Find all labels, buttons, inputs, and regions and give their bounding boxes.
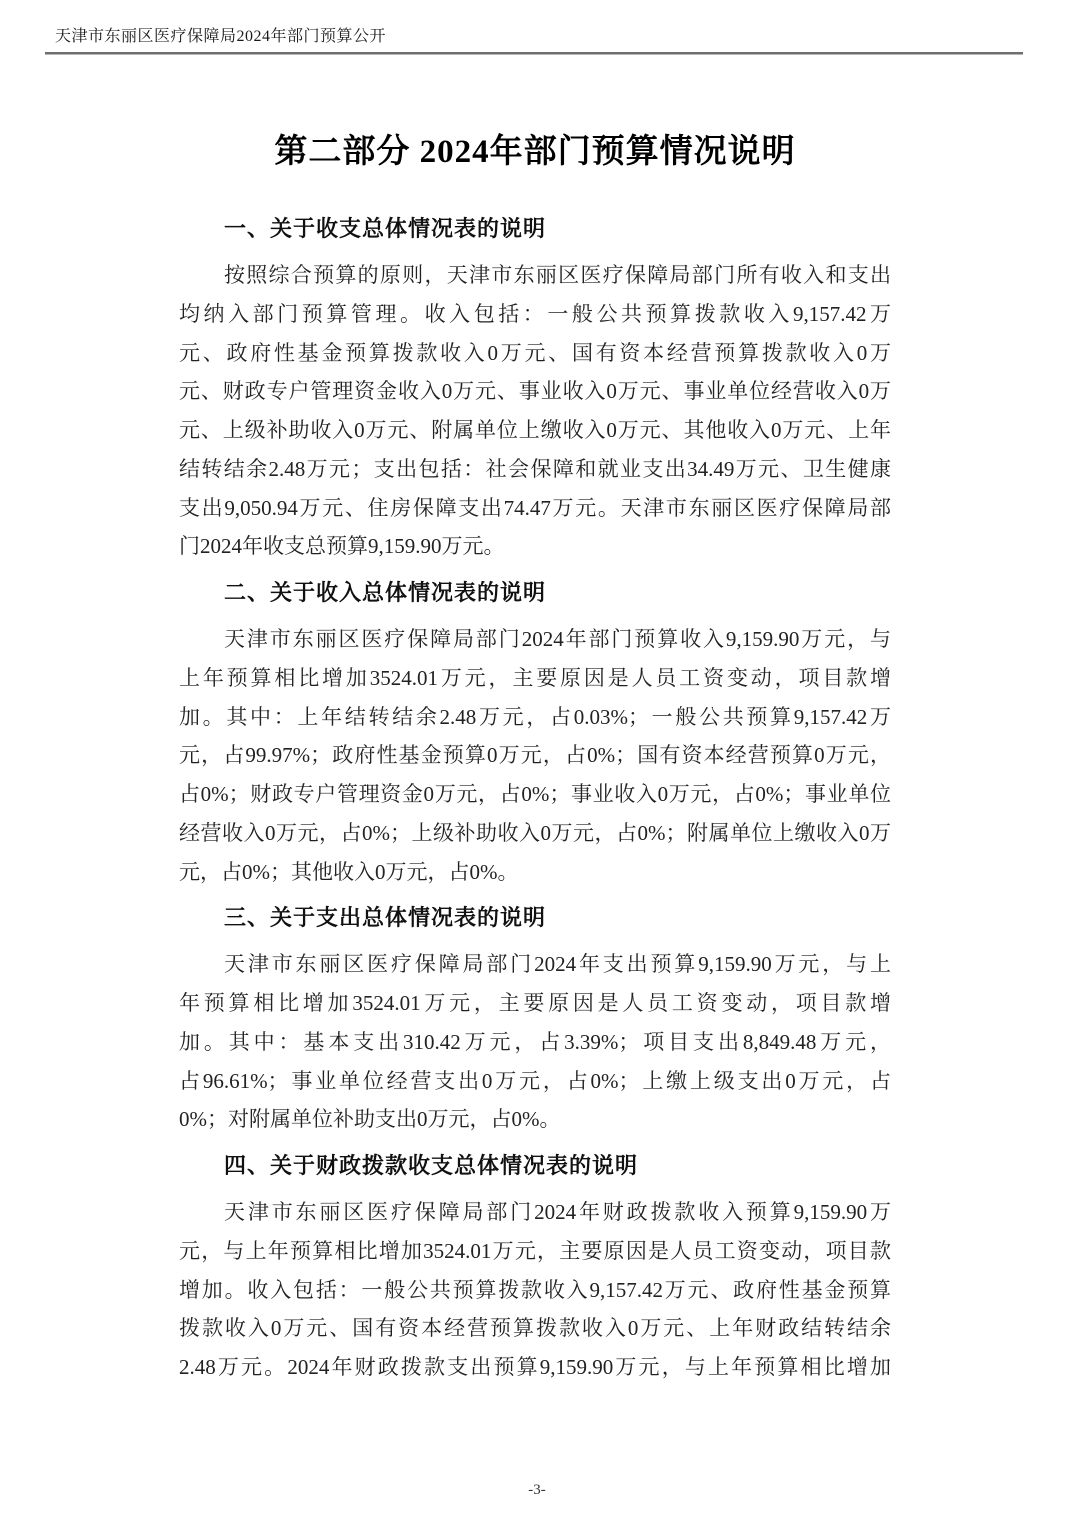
body-line: 均纳入部门预算管理。收入包括：一般公共预算拨款收入9,157.42万 — [179, 295, 891, 334]
body-line: 元，占0%；其他收入0万元，占0%。 — [179, 853, 891, 892]
section-2: 二、关于收入总体情况表的说明 天津市东丽区医疗保障局部门2024年部门预算收入9… — [179, 573, 891, 891]
body-line: 经营收入0万元，占0%；上级补助收入0万元，占0%；附属单位上缴收入0万 — [179, 814, 891, 853]
body-line: 元、上级补助收入0万元、附属单位上缴收入0万元、其他收入0万元、上年 — [179, 411, 891, 450]
section-heading: 二、关于收入总体情况表的说明 — [179, 573, 891, 613]
body-line: 加。其中：基本支出310.42万元，占3.39%；项目支出8,849.48万元， — [179, 1023, 891, 1062]
section-heading: 四、关于财政拨款收支总体情况表的说明 — [179, 1146, 891, 1186]
body-line: 天津市东丽区医疗保障局部门2024年部门预算收入9,159.90万元，与 — [179, 620, 891, 659]
header-rule — [45, 52, 1023, 55]
body-line: 上年预算相比增加3524.01万元，主要原因是人员工资变动，项目款增 — [179, 659, 891, 698]
section-4: 四、关于财政拨款收支总体情况表的说明 天津市东丽区医疗保障局部门2024年财政拨… — [179, 1146, 891, 1387]
body-line: 2.48万元。2024年财政拨款支出预算9,159.90万元，与上年预算相比增加 — [179, 1348, 891, 1387]
page: 天津市东丽区医疗保障局2024年部门预算公开 第二部分 2024年部门预算情况说… — [0, 0, 1074, 1520]
body-line: 增加。收入包括：一般公共预算拨款收入9,157.42万元、政府性基金预算 — [179, 1271, 891, 1310]
body-line: 元、政府性基金预算拨款收入0万元、国有资本经营预算拨款收入0万 — [179, 334, 891, 373]
body-line: 结转结余2.48万元；支出包括：社会保障和就业支出34.49万元、卫生健康 — [179, 450, 891, 489]
body-line: 天津市东丽区医疗保障局部门2024年财政拨款收入预算9,159.90万 — [179, 1193, 891, 1232]
body-line: 0%；对附属单位补助支出0万元，占0%。 — [179, 1100, 891, 1139]
body-line: 占96.61%；事业单位经营支出0万元，占0%；上缴上级支出0万元，占 — [179, 1062, 891, 1101]
section-1: 一、关于收支总体情况表的说明 按照综合预算的原则，天津市东丽区医疗保障局部门所有… — [179, 209, 891, 566]
section-3: 三、关于支出总体情况表的说明 天津市东丽区医疗保障局部门2024年支出预算9,1… — [179, 898, 891, 1139]
body-line: 天津市东丽区医疗保障局部门2024年支出预算9,159.90万元，与上 — [179, 945, 891, 984]
page-number: -3- — [0, 1482, 1074, 1499]
body-line: 加。其中：上年结转结余2.48万元，占0.03%；一般公共预算9,157.42万 — [179, 698, 891, 737]
body-line: 元，占99.97%；政府性基金预算0万元，占0%；国有资本经营预算0万元， — [179, 736, 891, 775]
document-body: 一、关于收支总体情况表的说明 按照综合预算的原则，天津市东丽区医疗保障局部门所有… — [179, 209, 891, 1387]
body-line: 元，与上年预算相比增加3524.01万元，主要原因是人员工资变动，项目款 — [179, 1232, 891, 1271]
body-line: 支出9,050.94万元、住房保障支出74.47万元。天津市东丽区医疗保障局部 — [179, 489, 891, 528]
section-heading: 一、关于收支总体情况表的说明 — [179, 209, 891, 249]
page-title: 第二部分 2024年部门预算情况说明 — [179, 130, 891, 174]
body-line: 门2024年收支总预算9,159.90万元。 — [179, 527, 891, 566]
section-heading: 三、关于支出总体情况表的说明 — [179, 898, 891, 938]
body-line: 按照综合预算的原则，天津市东丽区医疗保障局部门所有收入和支出 — [179, 256, 891, 295]
doc-header-title: 天津市东丽区医疗保障局2024年部门预算公开 — [55, 27, 386, 47]
body-line: 占0%；财政专户管理资金0万元，占0%；事业收入0万元，占0%；事业单位 — [179, 775, 891, 814]
body-line: 元、财政专户管理资金收入0万元、事业收入0万元、事业单位经营收入0万 — [179, 372, 891, 411]
body-line: 年预算相比增加3524.01万元，主要原因是人员工资变动，项目款增 — [179, 984, 891, 1023]
body-line: 拨款收入0万元、国有资本经营预算拨款收入0万元、上年财政结转结余 — [179, 1309, 891, 1348]
